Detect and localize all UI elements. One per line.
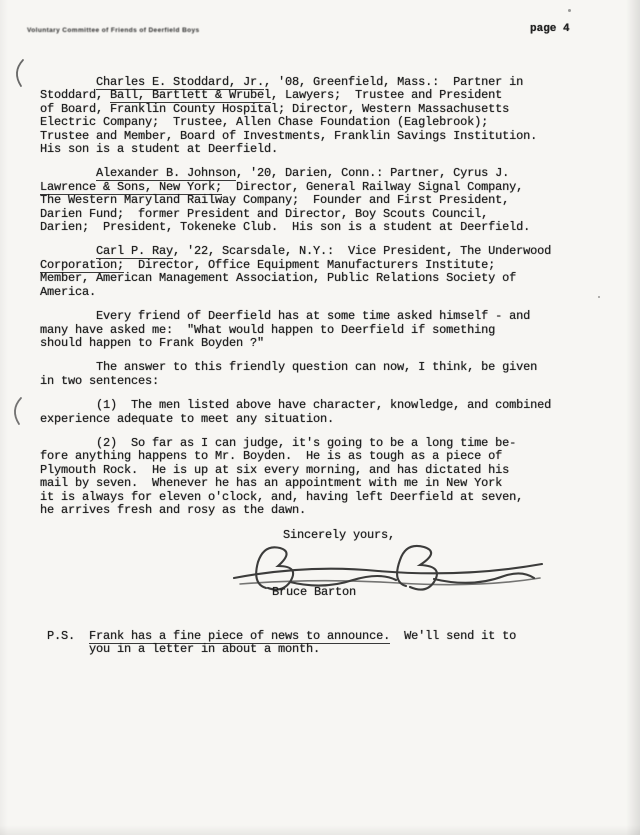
typed-text: fore anything happens to Mr. Boyden. He … bbox=[40, 449, 502, 463]
letter-paragraph: The answer to this friendly question can… bbox=[40, 361, 600, 388]
letter-paragraph: Every friend of Deerfield has at some ti… bbox=[40, 310, 600, 350]
typed-text: many have asked me: "What would happen t… bbox=[40, 323, 495, 337]
typed-text: you in a letter in about a month. bbox=[47, 642, 320, 656]
scanned-letter-page: Voluntary Committee of Friends of Deerfi… bbox=[0, 0, 640, 835]
typed-text: mail by seven. Whenever he has an appoin… bbox=[40, 476, 502, 490]
typed-line: it is always for eleven o'clock, and, ha… bbox=[40, 491, 600, 504]
typed-signature-name: Bruce Barton bbox=[272, 585, 356, 599]
typed-text: in two sentences: bbox=[40, 374, 159, 388]
typed-text: Stoddard, bbox=[40, 88, 110, 102]
typed-text: His son is a student at Deerfield. bbox=[40, 142, 278, 156]
typed-line: Electric Company; Trustee, Allen Chase F… bbox=[40, 116, 600, 129]
letter-paragraph: Carl P. Ray, '22, Scarsdale, N.Y.: Vice … bbox=[40, 245, 600, 299]
typed-text: (2) So far as I can judge, it's going to… bbox=[40, 436, 516, 450]
typed-line: in two sentences: bbox=[40, 375, 600, 388]
typed-text: Electric Company; Trustee, Allen Chase F… bbox=[40, 115, 488, 129]
typed-text: experience adequate to meet any situatio… bbox=[40, 412, 334, 426]
typed-line: (1) The men listed above have character,… bbox=[40, 399, 600, 412]
typed-text: it is always for eleven o'clock, and, ha… bbox=[40, 490, 523, 504]
typed-text: should happen to Frank Boyden ?" bbox=[40, 336, 264, 350]
typed-line: experience adequate to meet any situatio… bbox=[40, 413, 600, 426]
page-number: page 4 bbox=[530, 23, 570, 35]
typed-line: The answer to this friendly question can… bbox=[40, 361, 600, 374]
typed-line: he arrives fresh and rosy as the dawn. bbox=[40, 504, 600, 517]
typed-text: Darien; President, Tokeneke Club. His so… bbox=[40, 220, 530, 234]
typed-text: Director, General Railway Signal Company… bbox=[222, 180, 523, 194]
typed-line: fore anything happens to Mr. Boyden. He … bbox=[40, 450, 600, 463]
typed-line: Darien; President, Tokeneke Club. His so… bbox=[40, 221, 600, 234]
typed-line: should happen to Frank Boyden ?" bbox=[40, 337, 600, 350]
typed-line: Carl P. Ray, '22, Scarsdale, N.Y.: Vice … bbox=[40, 245, 600, 258]
typed-text: P.S. bbox=[47, 629, 89, 643]
typed-line: His son is a student at Deerfield. bbox=[40, 143, 600, 156]
typed-text: Trustee and Member, Board of Investments… bbox=[40, 129, 537, 143]
typed-text: of Board, Franklin County Hospital; Dire… bbox=[40, 102, 509, 116]
letter-paragraph: Charles E. Stoddard, Jr., '08, Greenfiel… bbox=[40, 76, 600, 156]
typed-text: The answer to this friendly question can… bbox=[40, 360, 537, 374]
letter-paragraph: (2) So far as I can judge, it's going to… bbox=[40, 437, 600, 517]
typed-line: Alexander B. Johnson, '20, Darien, Conn.… bbox=[40, 167, 600, 180]
typed-text bbox=[40, 244, 96, 258]
typed-line: you in a letter in about a month. bbox=[47, 643, 607, 656]
typed-text: (1) The men listed above have character,… bbox=[40, 398, 551, 412]
typed-line: Every friend of Deerfield has at some ti… bbox=[40, 310, 600, 323]
typed-text: America. bbox=[40, 285, 96, 299]
typed-line: Member, American Management Association,… bbox=[40, 272, 600, 285]
letter-paragraph: (1) The men listed above have character,… bbox=[40, 399, 600, 426]
typed-text: We'll send it to bbox=[390, 629, 516, 643]
letterhead-committee-line: Voluntary Committee of Friends of Deerfi… bbox=[27, 27, 200, 34]
typed-line: many have asked me: "What would happen t… bbox=[40, 324, 600, 337]
typed-text: Darien Fund; former President and Direct… bbox=[40, 207, 488, 221]
typed-line: America. bbox=[40, 286, 600, 299]
letter-body: Charles E. Stoddard, Jr., '08, Greenfiel… bbox=[40, 76, 600, 528]
pen-check-mark-icon bbox=[10, 58, 26, 93]
typed-text bbox=[40, 166, 96, 180]
typed-text: The Western Maryland Railway Company; Fo… bbox=[40, 193, 509, 207]
typed-text: he arrives fresh and rosy as the dawn. bbox=[40, 503, 306, 517]
typed-text: Every friend of Deerfield has at some ti… bbox=[40, 309, 530, 323]
typed-text: , '20, Darien, Conn.: Partner, Cyrus J. bbox=[236, 166, 509, 180]
typed-text: Director, Office Equipment Manufacturers… bbox=[124, 258, 495, 272]
typed-line: The Western Maryland Railway Company; Fo… bbox=[40, 194, 600, 207]
scan-speck bbox=[568, 9, 571, 12]
typed-text: , '08, Greenfield, Mass.: Partner in bbox=[264, 75, 523, 89]
letter-paragraph: Alexander B. Johnson, '20, Darien, Conn.… bbox=[40, 167, 600, 234]
postscript: P.S. Frank has a fine piece of news to a… bbox=[47, 630, 607, 657]
typed-text: Member, American Management Association,… bbox=[40, 271, 516, 285]
typed-line: Stoddard, Ball, Bartlett & Wrubel, Lawye… bbox=[40, 89, 600, 102]
typed-text: , '22, Scarsdale, N.Y.: Vice President, … bbox=[173, 244, 551, 258]
typed-text: , Lawyers; Trustee and President bbox=[271, 88, 502, 102]
typed-line: mail by seven. Whenever he has an appoin… bbox=[40, 477, 600, 490]
pen-check-mark-icon bbox=[8, 396, 24, 431]
typed-text bbox=[40, 75, 96, 89]
typed-text: Plymouth Rock. He is up at six every mor… bbox=[40, 463, 509, 477]
